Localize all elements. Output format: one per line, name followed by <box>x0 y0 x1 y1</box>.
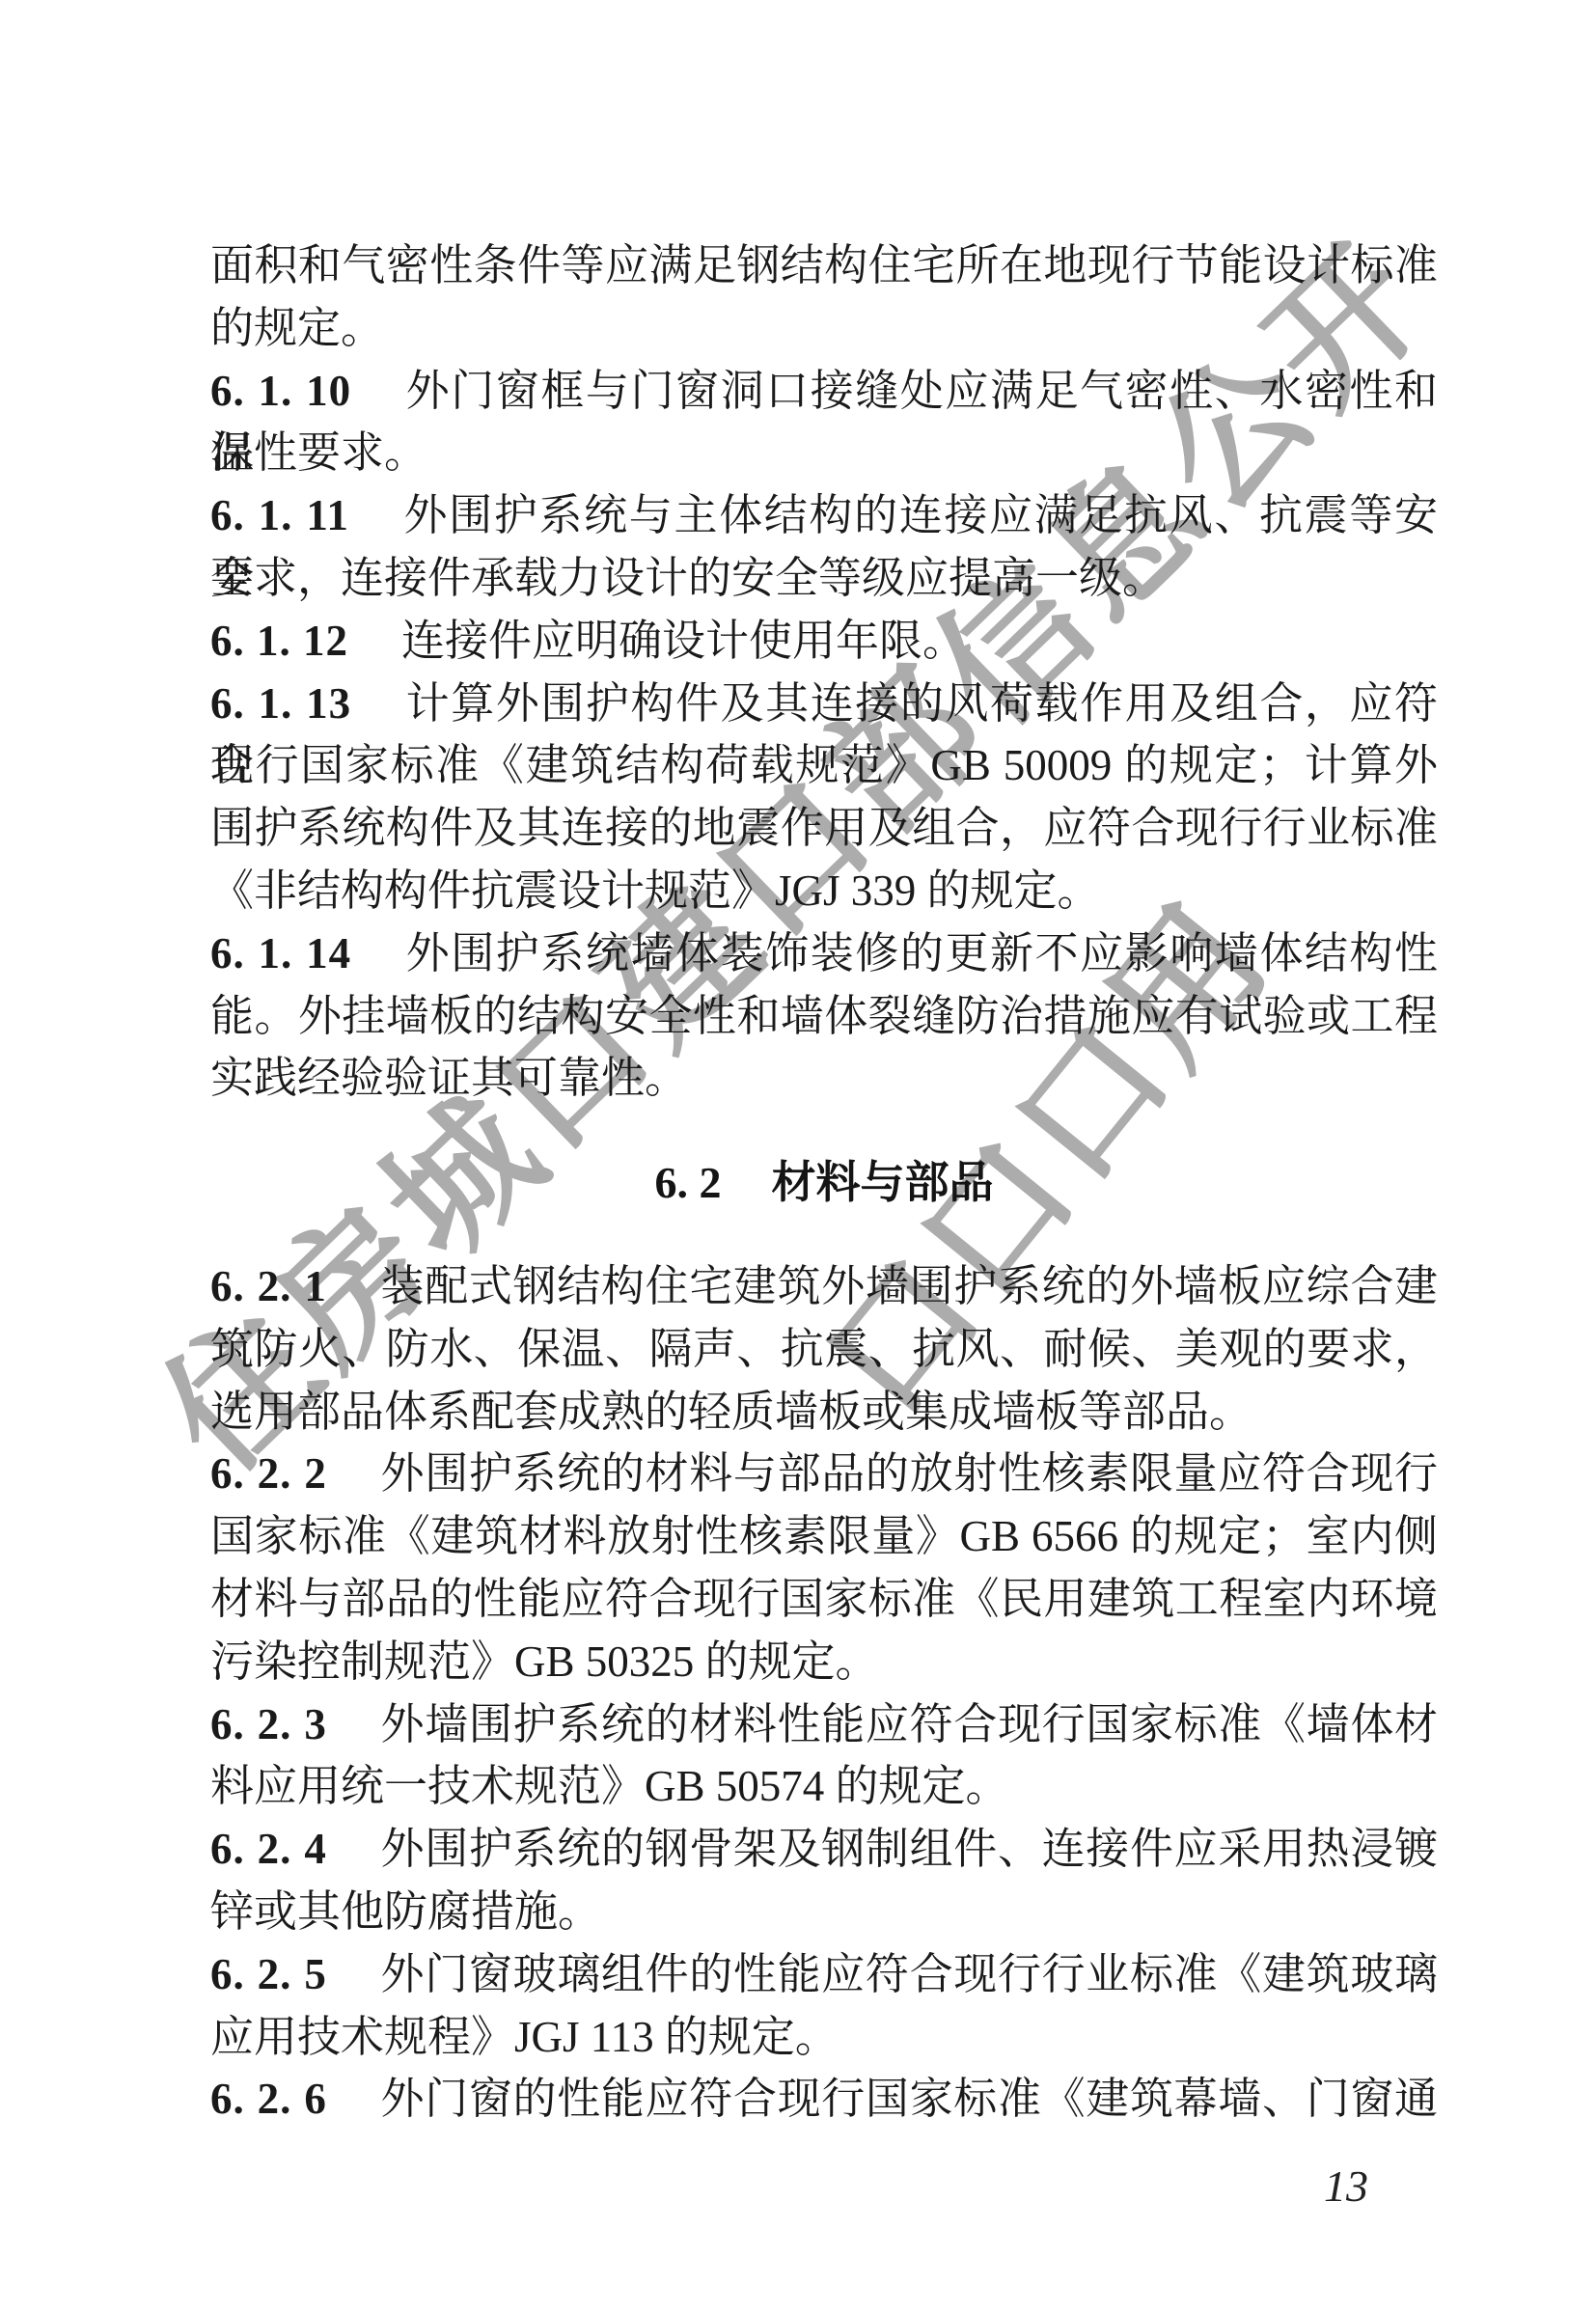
page-number: 13 <box>1324 2160 1368 2214</box>
line-text: 筑防火、防水、保温、隔声、抗震、抗风、耐候、美观的要求， <box>210 1325 1438 1373</box>
text-line: 料应用统一技术规范》GB 50574 的规定。 <box>210 1755 1438 1818</box>
line-text: 温性要求。 <box>210 428 427 477</box>
clause-line: 6. 1. 11外围护系统与主体结构的连接应满足抗风、抗震等安全 <box>210 484 1438 547</box>
text-line: 选用部品体系配套成熟的轻质墙板或集成墙板等部品。 <box>210 1381 1438 1444</box>
section-heading-title: 材料与部品 <box>772 1157 994 1207</box>
clause-number: 6. 1. 10 <box>210 367 351 415</box>
line-text: 外墙围护系统的材料性能应符合现行国家标准《墙体材 <box>380 1700 1438 1748</box>
clause-line: 6. 1. 10外门窗框与门窗洞口接缝处应满足气密性、水密性和保 <box>210 360 1438 423</box>
clause-line: 6. 2. 3外墙围护系统的材料性能应符合现行国家标准《墙体材 <box>210 1693 1438 1756</box>
clause-number: 6. 1. 14 <box>210 929 351 977</box>
line-text: 国家标准《建筑材料放射性核素限量》GB 6566 的规定；室内侧 <box>210 1512 1438 1560</box>
clause-line: 6. 1. 12连接件应明确设计使用年限。 <box>210 610 1438 673</box>
clause-number: 6. 2. 2 <box>210 1449 327 1498</box>
line-text: 外门窗的性能应符合现行国家标准《建筑幕墙、门窗通 <box>380 2075 1438 2123</box>
line-text: 《非结构构件抗震设计规范》JGJ 339 的规定。 <box>210 867 1101 915</box>
line-text: 应用技术规程》JGJ 113 的规定。 <box>210 2013 839 2061</box>
clause-number: 6. 2. 6 <box>210 2075 327 2123</box>
clause-line: 6. 1. 13计算外围护构件及其连接的风荷载作用及组合，应符合 <box>210 673 1438 735</box>
section-heading: 6. 2材料与部品 <box>210 1151 1438 1214</box>
line-text: 外围护系统的材料与部品的放射性核素限量应符合现行 <box>380 1449 1438 1498</box>
line-text: 能。外挂墙板的结构安全性和墙体裂缝防治措施应有试验或工程 <box>210 992 1438 1040</box>
text-line: 锌或其他防腐措施。 <box>210 1881 1438 1943</box>
section-heading-number: 6. 2 <box>655 1158 722 1207</box>
line-text: 材料与部品的性能应符合现行国家标准《民用建筑工程室内环境 <box>210 1575 1438 1623</box>
clauses-section-6-2: 6. 2. 1装配式钢结构住宅建筑外墙围护系统的外墙板应综合建筑防火、防水、保温… <box>210 1255 1438 2131</box>
line-text: 要求，连接件承载力设计的安全等级应提高一级。 <box>210 554 1166 602</box>
clause-line: 6. 1. 14外围护系统墙体装饰装修的更新不应影响墙体结构性 <box>210 922 1438 985</box>
document-body: 面积和气密性条件等应满足钢结构住宅所在地现行节能设计标准的规定。6. 1. 10… <box>210 234 1438 2131</box>
text-line: 实践经验验证其可靠性。 <box>210 1047 1438 1110</box>
clause-number: 6. 2. 1 <box>210 1262 327 1310</box>
clause-line: 6. 2. 1装配式钢结构住宅建筑外墙围护系统的外墙板应综合建 <box>210 1255 1438 1318</box>
line-text: 污染控制规范》GB 50325 的规定。 <box>210 1637 879 1686</box>
clause-number: 6. 2. 5 <box>210 1950 327 1998</box>
line-text: 外门窗玻璃组件的性能应符合现行行业标准《建筑玻璃 <box>380 1950 1438 1998</box>
clause-line: 6. 2. 6外门窗的性能应符合现行国家标准《建筑幕墙、门窗通 <box>210 2068 1438 2131</box>
line-text: 现行国家标准《建筑结构荷载规范》GB 50009 的规定；计算外 <box>210 741 1438 789</box>
clause-number: 6. 2. 4 <box>210 1825 327 1873</box>
clause-number: 6. 1. 12 <box>210 617 348 665</box>
line-text: 连接件应明确设计使用年限。 <box>401 617 966 665</box>
clause-number: 6. 1. 13 <box>210 679 351 728</box>
text-line: 能。外挂墙板的结构安全性和墙体裂缝防治措施应有试验或工程 <box>210 985 1438 1048</box>
clause-number: 6. 2. 3 <box>210 1700 327 1748</box>
text-line: 的规定。 <box>210 297 1438 360</box>
line-text: 的规定。 <box>210 304 384 352</box>
text-line: 污染控制规范》GB 50325 的规定。 <box>210 1631 1438 1693</box>
clause-line: 6. 2. 4外围护系统的钢骨架及钢制组件、连接件应采用热浸镀 <box>210 1818 1438 1881</box>
clause-line: 6. 2. 2外围护系统的材料与部品的放射性核素限量应符合现行 <box>210 1443 1438 1505</box>
clause-line: 6. 2. 5外门窗玻璃组件的性能应符合现行行业标准《建筑玻璃 <box>210 1943 1438 2006</box>
text-line: 筑防火、防水、保温、隔声、抗震、抗风、耐候、美观的要求， <box>210 1318 1438 1381</box>
line-text: 面积和气密性条件等应满足钢结构住宅所在地现行节能设计标准 <box>210 241 1438 289</box>
line-text: 锌或其他防腐措施。 <box>210 1887 601 1936</box>
text-line: 《非结构构件抗震设计规范》JGJ 339 的规定。 <box>210 860 1438 922</box>
line-text: 实践经验验证其可靠性。 <box>210 1054 688 1102</box>
text-line: 材料与部品的性能应符合现行国家标准《民用建筑工程室内环境 <box>210 1568 1438 1631</box>
clause-number: 6. 1. 11 <box>210 491 349 539</box>
line-text: 料应用统一技术规范》GB 50574 的规定。 <box>210 1762 1009 1810</box>
text-line: 温性要求。 <box>210 422 1438 484</box>
line-text: 围护系统构件及其连接的地震作用及组合，应符合现行行业标准 <box>210 804 1438 852</box>
text-line: 国家标准《建筑材料放射性核素限量》GB 6566 的规定；室内侧 <box>210 1505 1438 1568</box>
line-text: 选用部品体系配套成熟的轻质墙板或集成墙板等部品。 <box>210 1388 1252 1436</box>
line-text: 外围护系统墙体装饰装修的更新不应影响墙体结构性 <box>404 929 1438 977</box>
text-line: 应用技术规程》JGJ 113 的规定。 <box>210 2006 1438 2069</box>
clauses-section-6-1: 面积和气密性条件等应满足钢结构住宅所在地现行节能设计标准的规定。6. 1. 10… <box>210 234 1438 1110</box>
text-line: 要求，连接件承载力设计的安全等级应提高一级。 <box>210 547 1438 610</box>
line-text: 外围护系统的钢骨架及钢制组件、连接件应采用热浸镀 <box>380 1825 1438 1873</box>
line-text: 装配式钢结构住宅建筑外墙围护系统的外墙板应综合建 <box>380 1262 1438 1310</box>
text-line: 现行国家标准《建筑结构荷载规范》GB 50009 的规定；计算外 <box>210 734 1438 797</box>
text-line: 围护系统构件及其连接的地震作用及组合，应符合现行行业标准 <box>210 797 1438 860</box>
text-line: 面积和气密性条件等应满足钢结构住宅所在地现行节能设计标准 <box>210 234 1438 297</box>
